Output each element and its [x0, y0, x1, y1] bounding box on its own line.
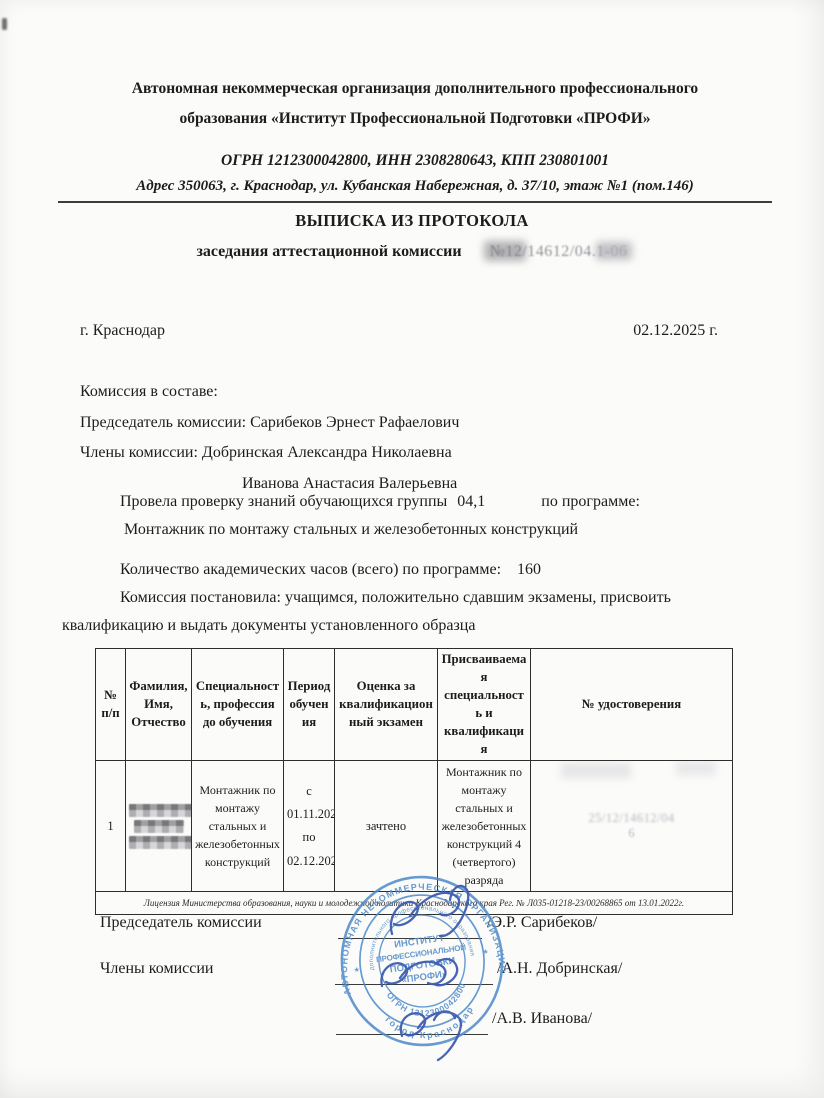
cert-number-line1: 25/12/14612/04: [534, 811, 729, 826]
city: г. Краснодар: [80, 322, 165, 340]
org-address-line: Адрес 350063, г. Краснодар, ул. Кубанска…: [58, 174, 772, 203]
hours-label: Количество академических часов (всего) п…: [120, 561, 501, 578]
subtitle-text: заседания аттестационной комиссии: [196, 243, 461, 261]
document-title: ВЫПИСКА ИЗ ПРОТОКОЛА: [0, 211, 824, 231]
scan-artifact: [2, 18, 7, 30]
cell-spec-before: Монтажник по монтажу стальных и железобе…: [192, 761, 284, 892]
redaction-patch: [484, 241, 526, 261]
document-page: Автономная некоммерческая организация до…: [0, 0, 824, 1098]
chairman-signature-ink: [391, 886, 468, 936]
spacer: [62, 544, 768, 556]
group-number: 04,1: [457, 493, 485, 510]
cert-number-line2: 6: [534, 826, 729, 841]
period-po: по: [287, 826, 331, 849]
col-header-assigned: Присваиваемая специальность и квалификац…: [438, 649, 531, 761]
protocol-number-redacted: №12/14612/04.1-06: [490, 243, 628, 261]
org-name-line1: Автономная некоммерческая организация до…: [58, 74, 772, 104]
chairman-signature-label: Председатель комиссии: [100, 914, 262, 932]
cell-name-redacted: [126, 761, 192, 892]
redacted-name-line: [129, 804, 192, 817]
redaction-patch: [676, 761, 716, 775]
period-to: 02.12.2025: [287, 850, 331, 873]
period-from: 01.11.2025: [287, 803, 331, 826]
member1-signature-ink: [381, 959, 457, 986]
period-c: с: [287, 780, 331, 803]
handwritten-signatures: [330, 874, 540, 1074]
cell-num: 1: [96, 761, 126, 892]
table-header-row: № п/п Фамилия, Имя, Отчество Специальнос…: [96, 649, 733, 761]
col-header-spec-before: Специальность, профессия до обучения: [192, 649, 284, 761]
redaction-patch: [596, 242, 632, 260]
col-header-cert: № удостоверения: [531, 649, 733, 761]
check-line: Провела проверку знаний обучающихся груп…: [62, 488, 768, 516]
check-line-prefix: Провела проверку знаний обучающихся груп…: [120, 493, 447, 510]
hours-value: 160: [517, 561, 541, 578]
members-signature-label: Члены комиссии: [100, 960, 213, 978]
cell-cert-number-redacted: 25/12/14612/04 6: [531, 761, 733, 892]
hours-line: Количество академических часов (всего) п…: [62, 556, 768, 584]
city-date-row: г. Краснодар 02.12.2025 г.: [80, 322, 718, 340]
redacted-name-line: [129, 836, 192, 849]
col-header-exam: Оценка за квалификационный экзамен: [335, 649, 438, 761]
redacted-name-line: [134, 820, 184, 833]
col-header-name: Фамилия, Имя, Отчество: [126, 649, 192, 761]
resolution-line1: Комиссия постановила: учащимся, положите…: [62, 584, 768, 612]
commission-list: Комиссия в составе: Председатель комисси…: [80, 377, 459, 499]
col-header-num: № п/п: [96, 649, 126, 761]
program-name: Монтажник по монтажу стальных и железобе…: [62, 516, 768, 544]
org-registration-line: ОГРН 1212300042800, ИНН 2308280643, КПП …: [58, 148, 772, 174]
redaction-patch: [561, 763, 631, 778]
org-name-line2: образования «Институт Профессиональной П…: [58, 104, 772, 134]
body-text: Провела проверку знаний обучающихся груп…: [62, 488, 768, 640]
member2-signature-ink: [401, 1011, 461, 1060]
cell-period: с 01.11.2025 по 02.12.2025: [284, 761, 335, 892]
check-line-suffix: по программе:: [541, 493, 640, 510]
commission-chairman: Председатель комиссии: Сарибеков Эрнест …: [80, 408, 459, 439]
resolution-line2: квалификацию и выдать документы установл…: [62, 612, 768, 640]
date: 02.12.2025 г.: [633, 322, 718, 340]
commission-members: Члены комиссии: Добринская Александра Ни…: [80, 438, 459, 469]
letterhead: Автономная некоммерческая организация до…: [58, 74, 772, 203]
col-header-period: Период обучения: [284, 649, 335, 761]
document-subtitle: заседания аттестационной комиссии №12/14…: [0, 243, 824, 261]
commission-intro: Комиссия в составе:: [80, 377, 459, 408]
